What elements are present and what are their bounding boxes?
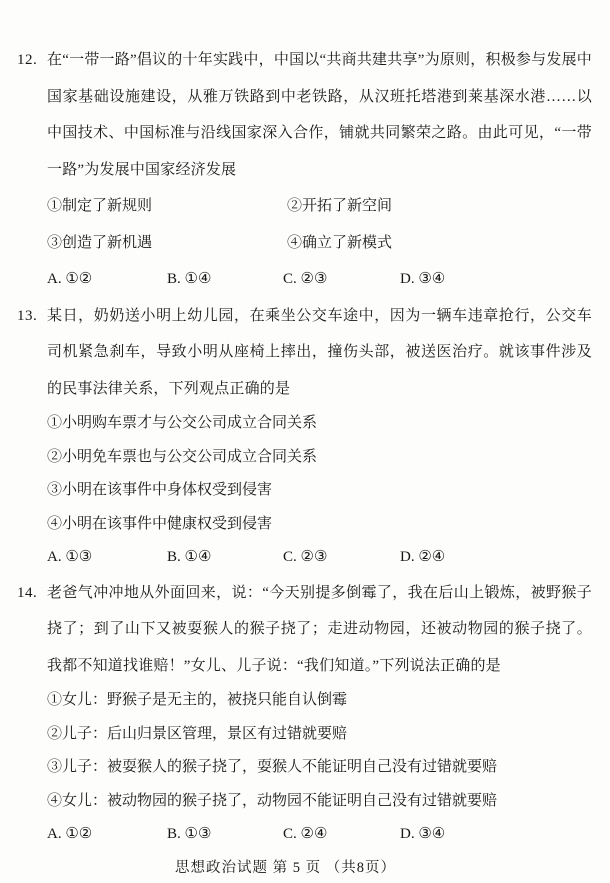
question-14-choice-c: C. ②④ bbox=[283, 818, 400, 852]
question-12-options: ①制定了新规则 ②开拓了新空间 ③创造了新机遇 ④确立了新模式 bbox=[47, 188, 567, 261]
question-14: 14. 老爸气冲冲地从外面回来，说：“今天别提多倒霉了，我在后山上锻炼，被野猴子… bbox=[17, 575, 592, 852]
question-14-answer-choices: A. ①② B. ①③ C. ②④ D. ③④ bbox=[47, 818, 592, 852]
question-13-choice-d: D. ②④ bbox=[400, 541, 445, 575]
question-12-answer-choices: A. ①② B. ①④ C. ②③ D. ③④ bbox=[47, 261, 592, 298]
question-12-choice-a: A. ①② bbox=[47, 261, 167, 298]
question-13-stem: 某日，奶奶送小明上幼儿园，在乘坐公交车途中，因为一辆车违章抢行，公交车司机紧急刹… bbox=[47, 298, 592, 408]
question-12-choice-c: C. ②③ bbox=[283, 261, 400, 298]
question-14-options: ①女儿：野猴子是无主的，被挠只能自认倒霉 ②儿子：后山归景区管理，景区有过错就要… bbox=[47, 684, 592, 818]
question-13-choice-a: A. ①③ bbox=[47, 541, 167, 575]
question-13-choice-c: C. ②③ bbox=[283, 541, 400, 575]
question-14-option-4: ④女儿：被动物园的猴子挠了，动物园不能证明自己没有过错就要赔 bbox=[47, 785, 592, 819]
question-14-option-1: ①女儿：野猴子是无主的，被挠只能自认倒霉 bbox=[47, 684, 592, 718]
question-12-number: 12. bbox=[17, 42, 37, 79]
question-13-option-2: ②小明免车票也与公交公司成立合同关系 bbox=[47, 441, 592, 475]
question-12-option-4: ④确立了新模式 bbox=[287, 225, 567, 262]
question-13-option-4: ④小明在该事件中健康权受到侵害 bbox=[47, 508, 592, 542]
page-footer: 思想政治试题 第 5 页 （共8页） bbox=[17, 853, 592, 883]
question-13-option-3: ③小明在该事件中身体权受到侵害 bbox=[47, 474, 592, 508]
question-14-number: 14. bbox=[17, 575, 37, 612]
question-12-choice-b: B. ①④ bbox=[167, 261, 283, 298]
question-12-option-3: ③创造了新机遇 bbox=[47, 225, 287, 262]
question-13: 13. 某日，奶奶送小明上幼儿园，在乘坐公交车途中，因为一辆车违章抢行，公交车司… bbox=[17, 298, 592, 575]
question-12-choice-d: D. ③④ bbox=[400, 261, 445, 298]
question-12: 12. 在“一带一路”倡议的十年实践中，中国以“共商共建共享”为原则，积极参与发… bbox=[17, 42, 592, 298]
question-13-number: 13. bbox=[17, 298, 37, 335]
question-13-answer-choices: A. ①③ B. ①④ C. ②③ D. ②④ bbox=[47, 541, 592, 575]
question-14-choice-b: B. ①③ bbox=[167, 818, 283, 852]
question-13-choice-b: B. ①④ bbox=[167, 541, 283, 575]
question-14-option-3: ③儿子：被耍猴人的猴子挠了，耍猴人不能证明自己没有过错就要赔 bbox=[47, 751, 592, 785]
question-12-option-2: ②开拓了新空间 bbox=[287, 188, 567, 225]
question-13-options: ①小明购车票才与公交公司成立合同关系 ②小明免车票也与公交公司成立合同关系 ③小… bbox=[47, 407, 592, 541]
question-14-option-2: ②儿子：后山归景区管理，景区有过错就要赔 bbox=[47, 718, 592, 752]
question-13-option-1: ①小明购车票才与公交公司成立合同关系 bbox=[47, 407, 592, 441]
question-14-choice-a: A. ①② bbox=[47, 818, 167, 852]
question-14-choice-d: D. ③④ bbox=[400, 818, 445, 852]
question-12-stem: 在“一带一路”倡议的十年实践中，中国以“共商共建共享”为原则，积极参与发展中国家… bbox=[47, 42, 592, 188]
question-14-stem: 老爸气冲冲地从外面回来，说：“今天别提多倒霉了，我在后山上锻炼，被野猴子挠了；到… bbox=[47, 575, 592, 685]
exam-paper-page: 12. 在“一带一路”倡议的十年实践中，中国以“共商共建共享”为原则，积极参与发… bbox=[0, 0, 610, 883]
question-12-option-1: ①制定了新规则 bbox=[47, 188, 287, 225]
